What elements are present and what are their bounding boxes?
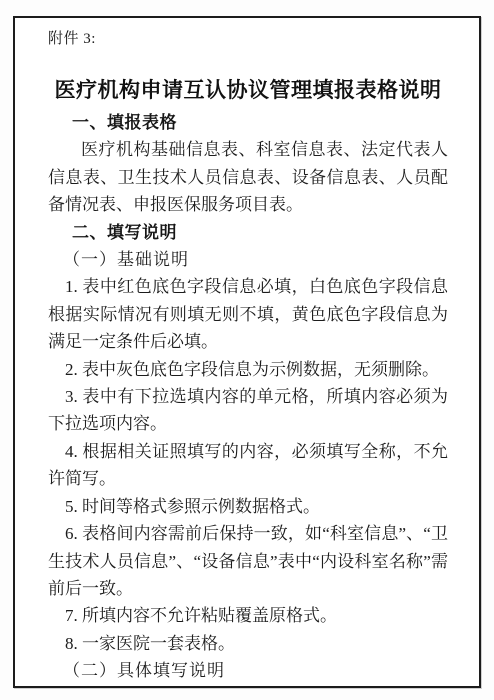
document-page: 附件 3: 医疗机构申请互认协议管理填报表格说明 一、填报表格 医疗机构基础信息… bbox=[0, 0, 494, 700]
attachment-label: 附件 3: bbox=[48, 29, 448, 49]
instruction-item-8: 8. 一家医院一套表格。 bbox=[48, 630, 448, 657]
document-title: 医疗机构申请互认协议管理填报表格说明 bbox=[48, 74, 448, 104]
instruction-item-4: 4. 根据相关证照填写的内容，必须填写全称，不允许简写。 bbox=[48, 438, 448, 493]
section-heading-forms: 一、填报表格 bbox=[48, 109, 448, 136]
instruction-item-7: 7. 所填内容不允许粘贴覆盖原格式。 bbox=[48, 602, 448, 629]
subsection-heading-specific: （二）具体填写说明 bbox=[48, 657, 448, 684]
subsection-heading-basic: （一）基础说明 bbox=[48, 246, 448, 273]
instruction-item-6: 6. 表格间内容需前后保持一致，如“科室信息”、“卫生技术人员信息”、“设备信息… bbox=[48, 520, 448, 602]
document-border-frame: 附件 3: 医疗机构申请互认协议管理填报表格说明 一、填报表格 医疗机构基础信息… bbox=[13, 16, 481, 688]
forms-list-paragraph: 医疗机构基础信息表、科室信息表、法定代表人信息表、卫生技术人员信息表、设备信息表… bbox=[48, 136, 448, 218]
section-heading-instructions: 二、填写说明 bbox=[48, 219, 448, 246]
instruction-item-5: 5. 时间等格式参照示例数据格式。 bbox=[48, 493, 448, 520]
instruction-item-2: 2. 表中灰色底色字段信息为示例数据，无须删除。 bbox=[48, 356, 448, 383]
instruction-item-1: 1. 表中红色底色字段信息必填，白色底色字段信息根据实际情况有则填无则不填，黄色… bbox=[48, 273, 448, 355]
instruction-item-3: 3. 表中有下拉选填内容的单元格，所填内容必须为下拉选项内容。 bbox=[48, 383, 448, 438]
